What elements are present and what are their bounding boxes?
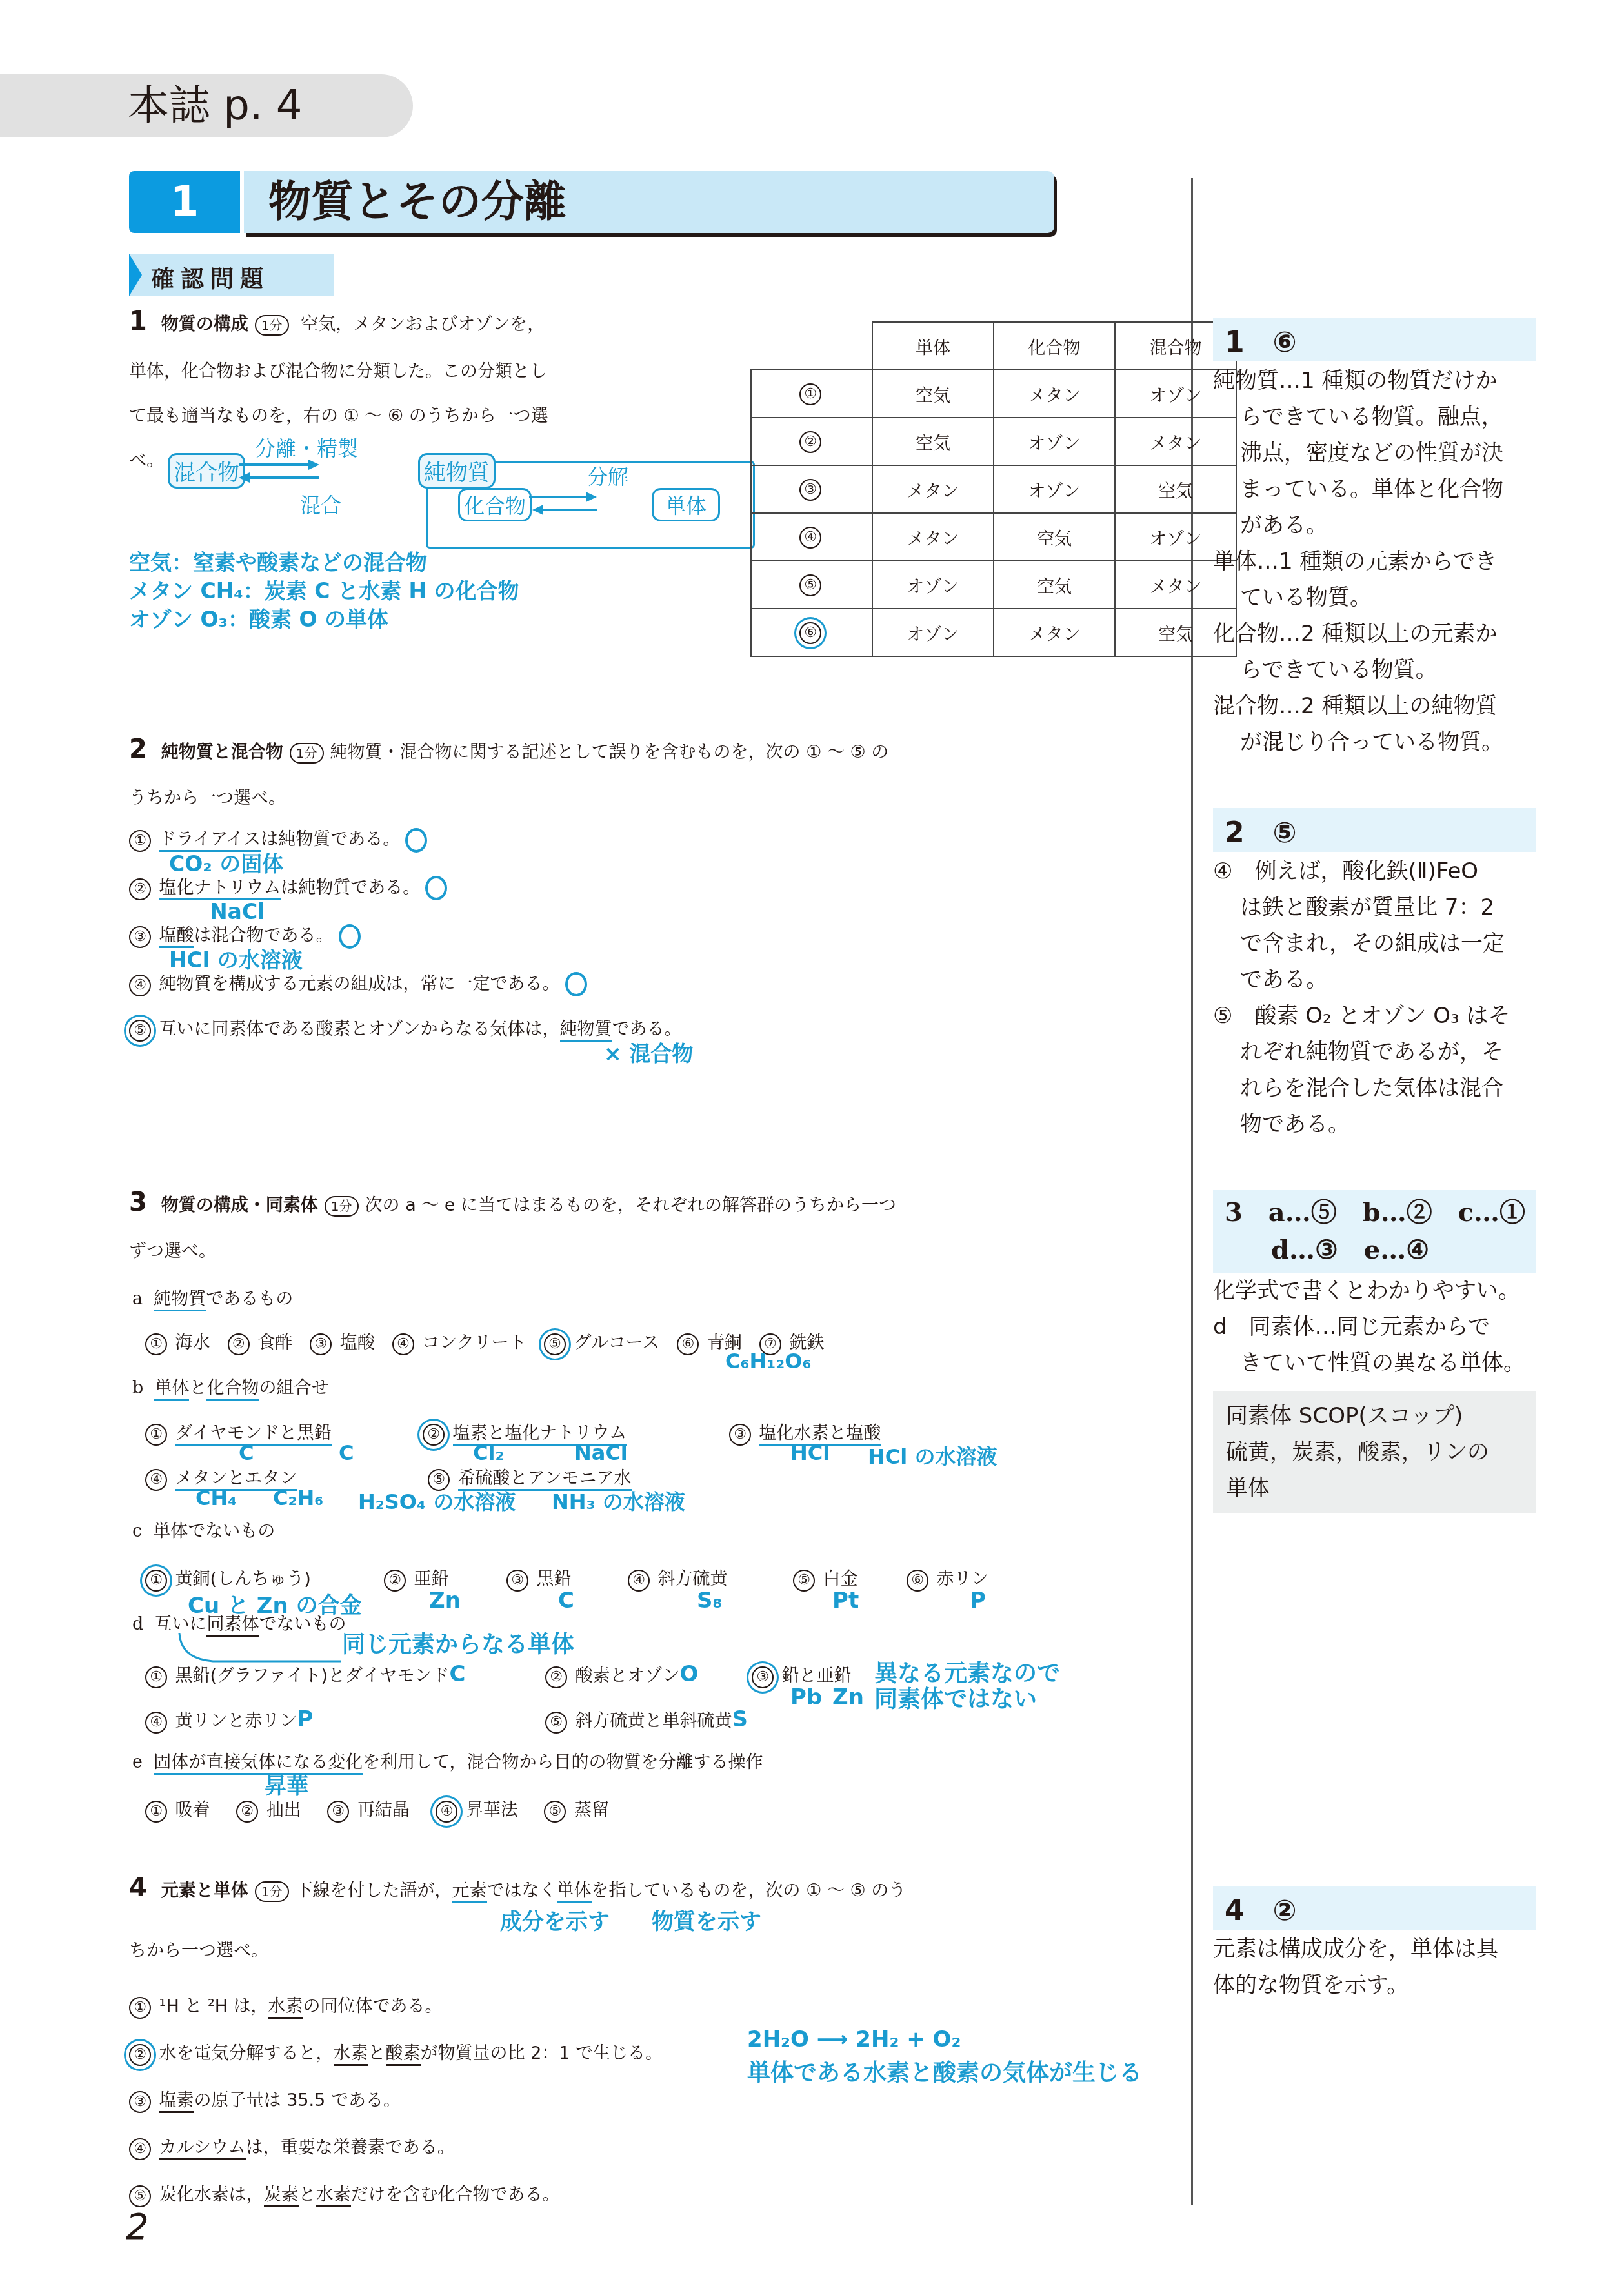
table-row: ③メタンオゾン空気	[751, 465, 1236, 513]
list-item: ③ 塩酸は混合物である。	[129, 924, 693, 949]
section-marker-icon	[129, 254, 142, 296]
q4-equation-note: 単体である水素と酸素の気体が生じる	[747, 2055, 1142, 2088]
chapter-title-bar: 物質とその分離	[244, 171, 1054, 233]
q3-d-options: ① 黒鉛(グラファイト)とダイヤモンドC ② 酸素とオゾンO ③ 鉛と亜鉛 Pb…	[145, 1661, 1113, 1739]
table-row: ①空気メタンオゾン	[751, 370, 1236, 418]
correct-mark-icon	[565, 972, 587, 996]
list-item-selected: ⑤ 互いに同素体である酸素とオゾンからなる気体は，純物質である。	[129, 1017, 693, 1042]
box-element: 単体	[652, 488, 720, 521]
box-mixture: 混合物	[168, 453, 245, 489]
table-row: ②空気オゾンメタン	[751, 418, 1236, 465]
correct-mark-icon	[339, 924, 361, 949]
q3-c: c 単体でないもの	[132, 1517, 275, 1542]
table-row: ⑤オゾン空気メタン	[751, 561, 1236, 609]
q3-a: a 純物質であるもの	[132, 1284, 293, 1310]
q1-title: 物質の構成	[161, 314, 248, 334]
q3-e-options: ① 吸着 ② 抽出 ③ 再結晶 ④ 昇華法 ⑤ 蒸留	[145, 1795, 609, 1823]
table-row: ④メタン空気オゾン	[751, 513, 1236, 561]
question-4: 4元素と単体1分下線を付した語が，元素ではなく単体を指しているものを，次の ① …	[129, 1873, 1097, 1903]
classification-diagram: 分離・精製 混合物 混合 純物質 分解 化合物 単体	[142, 432, 761, 568]
q2-options: ① ドライアイスは純物質である。 CO₂ の固体 ② 塩化ナトリウムは純物質であ…	[129, 827, 693, 1066]
double-arrow-icon	[239, 458, 323, 484]
section-label: 確認問題	[129, 254, 334, 296]
list-item: ④ 純物質を構成する元素の組成は，常に一定である。	[129, 972, 693, 997]
q3-c-options: ① 黄銅(しんちゅう) ② 亜鉛 ③ 黒鉛 ④ 斜方硫黄 ⑤ 白金 ⑥ 赤リン …	[145, 1564, 1113, 1616]
chapter-title: 物質とその分離	[268, 176, 566, 228]
q1-notes: 空気：窒素や酸素などの混合物メタン CH₄：炭素 C と水素 H の化合物オゾン…	[129, 549, 519, 634]
answer-2: 2 ⑤ ④ 例えば，酸化鉄(Ⅱ)FeO は鉄と酸素が質量比 7：2 で含まれ，そ…	[1213, 808, 1536, 1142]
correct-mark-icon	[405, 828, 427, 853]
time-badge: 1分	[255, 315, 289, 336]
correct-mark-icon	[425, 876, 447, 900]
q3-b: b 単体と化合物の組合せ	[132, 1373, 328, 1399]
list-item-selected: ② 水を電気分解すると，水素と酸素が物質量の比 2：1 で生じる。	[129, 2030, 663, 2077]
q4-options: ① ¹H と ²H は，水素の同位体である。 ② 水を電気分解すると，水素と酸素…	[129, 1983, 663, 2218]
answer-4: 4 ② 元素は構成成分を，単体は具 体的な物質を示す。	[1213, 1886, 1536, 2003]
question-3: 3物質の構成・同素体1分次の a ～ e に当てはまるものを，それぞれの解答群の…	[129, 1188, 1097, 1262]
list-item: ① ドライアイスは純物質である。	[129, 827, 693, 853]
page-number: 2	[126, 2206, 149, 2248]
selected-answer-mark: ⑥	[799, 622, 821, 644]
equilibrium-arrow-icon	[529, 491, 600, 516]
answer-3: 3 a…⑤ b…② c…① d…③ e…④ 化学式で書くとわかりやすい。 d 同…	[1213, 1190, 1536, 1513]
list-item: ② 塩化ナトリウムは純物質である。	[129, 876, 693, 901]
list-item: ⑤ 炭化水素は，炭素と水素だけを含む化合物である。	[129, 2171, 663, 2218]
q3-b-options: ① ダイヤモンドと黒鉛 C C ② 塩素と塩化ナトリウム Cl₂ NaCl ③ …	[145, 1419, 1113, 1522]
question-2: 2純物質と混合物1分純物質・混合物に関する記述として誤りを含むものを，次の ① …	[129, 734, 1097, 809]
chapter-number: 1	[170, 178, 199, 226]
q3-e: e 固体が直接気体になる変化を利用して，混合物から目的の物質を分離する操作	[132, 1748, 763, 1773]
mnemonic-note-box: 同素体 SCOP(スコップ) 硫黄，炭素，酸素，リンの 単体	[1213, 1391, 1536, 1513]
table-row-selected: ⑥オゾンメタン空気	[751, 609, 1236, 656]
box-compound: 化合物	[458, 488, 532, 521]
box-pure: 純物質	[418, 453, 496, 489]
q1-choice-table: 単体化合物混合物 ①空気メタンオゾン ②空気オゾンメタン ③メタンオゾン空気 ④…	[750, 321, 1237, 657]
page-ref-label: 本誌 p. 4	[128, 79, 302, 133]
answer-1: 1 ⑥ 純物質…1 種類の物質だけか らできている物質。融点， 沸点，密度などの…	[1213, 318, 1536, 760]
list-item: ③ 塩素の原子量は 35.5 である。	[129, 2077, 663, 2124]
list-item: ④ カルシウムは，重要な栄養素である。	[129, 2124, 663, 2171]
q3-a-options: ① 海水 ② 食酢 ③ 塩酸 ④ コンクリート ⑤ グルコース ⑥ 青銅 ⑦ 銑…	[145, 1328, 824, 1355]
chapter-number-box: 1	[129, 171, 240, 233]
q4-equation: 2H₂O ⟶ 2H₂ + O₂	[747, 2027, 961, 2052]
list-item: ① ¹H と ²H は，水素の同位体である。	[129, 1983, 663, 2030]
